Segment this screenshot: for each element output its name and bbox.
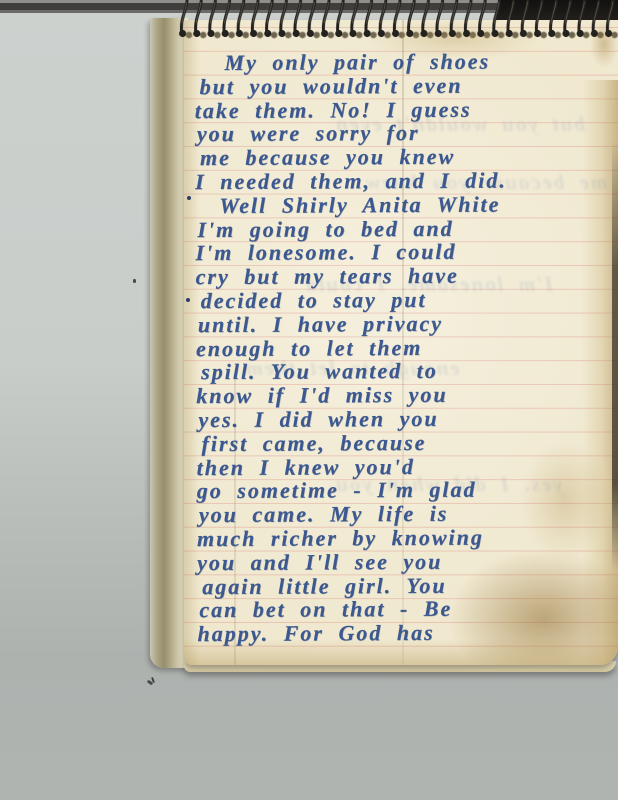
- handwriting-line: then I knew you'd: [197, 453, 617, 479]
- handwriting-line: take them. No! I guess: [195, 96, 615, 122]
- handwriting-line: cry but my tears have: [196, 263, 616, 289]
- handwriting-line: I'm going to bed and: [197, 215, 615, 241]
- scanner-debris-speck: [133, 279, 136, 283]
- handwriting-line: I'm lonesome. I could: [195, 239, 615, 265]
- handwriting-line: me because you knew: [200, 144, 615, 170]
- ink-dot: [187, 196, 191, 200]
- handwriting-line: but you wouldn't even: [200, 73, 615, 99]
- handwriting-line: go sometime - I'm glad: [197, 477, 617, 503]
- handwritten-text: My only pair of shoes but you wouldn't e…: [194, 49, 617, 646]
- ink-dot: [186, 298, 190, 302]
- handwriting-line: can bet on that - Be: [199, 596, 617, 622]
- cover-edge-shadow: [612, 140, 618, 570]
- handwriting-line: you were sorry for: [197, 120, 615, 146]
- handwriting-line: I needed them, and I did.: [195, 168, 615, 194]
- scanner-background: but you wouldn't even me because you kne…: [0, 0, 618, 800]
- handwriting-line: until. I have privacy: [198, 311, 616, 337]
- handwriting-line: spill. You wanted to: [201, 358, 616, 384]
- handwriting-line: yes. I did when you: [198, 406, 616, 432]
- handwriting-line: My only pair of shoes: [194, 49, 614, 75]
- page-edge-stack: [150, 18, 188, 668]
- spiral-notebook: but you wouldn't even me because you kne…: [150, 12, 618, 676]
- handwriting-line: you and I'll see you: [197, 549, 617, 575]
- spiral-binding-icon: [176, 0, 616, 52]
- handwriting-line: decided to stay put: [201, 287, 616, 313]
- handwriting-line: enough to let them: [196, 334, 616, 360]
- notebook-page: but you wouldn't even me because you kne…: [184, 20, 618, 665]
- handwriting-line: much richer by knowing: [197, 525, 617, 551]
- handwriting-line: you came. My life is: [199, 501, 617, 527]
- handwriting-line: happy. For God has: [197, 620, 617, 646]
- handwriting-line: know if I'd miss you: [196, 382, 616, 408]
- handwriting-line: first came, because: [201, 430, 616, 456]
- handwriting-line: Well Shirly Anita White: [195, 192, 615, 218]
- handwriting-line: again little girl. You: [202, 572, 617, 598]
